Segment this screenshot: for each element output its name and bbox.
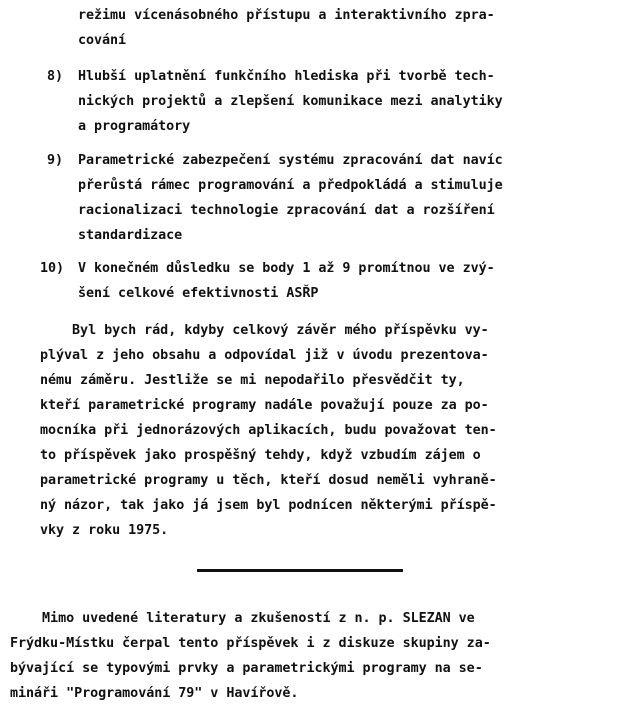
footnote-paragraph-line: Mimo uvedené literatury a zkušeností z n…: [10, 606, 475, 632]
footnote-paragraph-line: bývající se typovými prvky a parametrick…: [10, 656, 483, 682]
conclusion-paragraph-line: mocníka při jednorázových aplikacích, bu…: [40, 418, 497, 444]
conclusion-paragraph-line: vky z roku 1975.: [40, 518, 168, 544]
list-item-7-continuation-line: cování: [78, 28, 126, 54]
list-item-9-line: přerůstá rámec programování a předpoklád…: [78, 173, 503, 199]
list-item-number: 10): [40, 256, 64, 282]
list-item-number: 8): [47, 64, 63, 90]
list-item-8-line: a programátory: [78, 114, 190, 140]
list-item-8-line: Hlubší uplatnění funkčního hlediska při …: [78, 64, 495, 90]
conclusion-paragraph-line: kteří parametrické programy nadále považ…: [40, 393, 489, 419]
list-item-9-line: standardizace: [78, 223, 182, 249]
list-item-number: 9): [47, 148, 63, 174]
conclusion-paragraph-line: ný názor, tak jako já jsem byl podnícen …: [40, 493, 497, 519]
footnote-paragraph-line: Frýdku-Místku čerpal tento příspěvek i z…: [10, 631, 491, 657]
list-item-10-line: V konečném důsledku se body 1 až 9 promí…: [78, 256, 495, 282]
list-item-7-continuation-line: režimu vícenásobného přístupu a interakt…: [78, 3, 495, 29]
footnote-paragraph-line: mináři "Programování 79" v Havířově.: [10, 681, 298, 707]
conclusion-paragraph-line: plýval z jeho obsahu a odpovídal již v ú…: [40, 343, 489, 369]
conclusion-paragraph-line: Byl bych rád, kdyby celkový závěr mého p…: [40, 318, 489, 344]
list-item-10-line: šení celkové efektivnosti ASŘP: [78, 281, 318, 307]
list-item-8-line: nických projektů a zlepšení komunikace m…: [78, 89, 503, 115]
list-item-9-line: Parametrické zabezpečení systému zpracov…: [78, 148, 503, 174]
conclusion-paragraph-line: nému záměru. Jestliže se mi nepodařilo p…: [40, 368, 465, 394]
footnote-separator-rule: [197, 569, 403, 572]
conclusion-paragraph-line: parametrické programy u těch, kteří dosu…: [40, 468, 497, 494]
list-item-9-line: racionalizaci technologie zpracování dat…: [78, 198, 495, 224]
conclusion-paragraph-line: to příspěvek jako prospěšný tehdy, když …: [40, 443, 481, 469]
